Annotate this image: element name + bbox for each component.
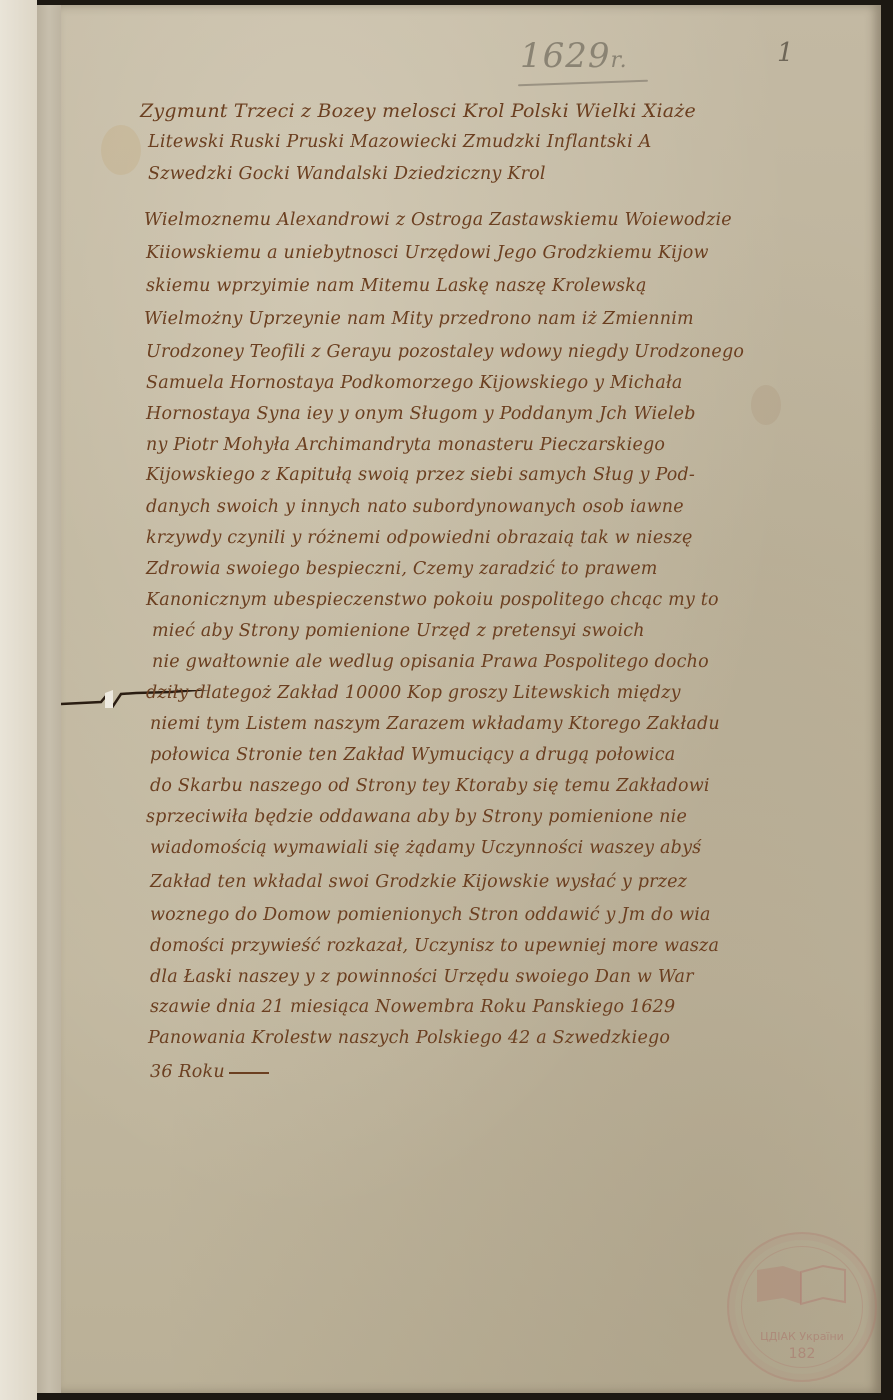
text-line: mieć aby Strony pomienione Urzęd z prete… xyxy=(152,621,645,641)
scanner-margin xyxy=(0,0,37,1400)
text-line: Zdrowia swoiego bespieczni, Czemy zaradz… xyxy=(146,559,658,579)
text-line: Szwedzki Gocki Wandalski Dziedziczny Kro… xyxy=(148,164,546,184)
text-line: Panowania Krolestw naszych Polskiego 42 … xyxy=(148,1028,670,1048)
text-line: Urodzoney Teofili z Gerayu pozostaley wd… xyxy=(146,342,744,362)
text-line: sprzeciwiła będzie oddawana aby by Stron… xyxy=(146,807,687,827)
text-line: Kanonicznym ubespieczenstwo pokoiu pospo… xyxy=(146,590,719,610)
text-line: Kiiowskiemu a uniebytnosci Urzędowi Jego… xyxy=(146,243,709,263)
text-line: domości przywieść rozkazał, Uczynisz to … xyxy=(150,936,719,956)
text-line: danych swoich y innych nato subordynowan… xyxy=(146,497,684,517)
text-line: krzywdy czynili y różnemi odpowiedni obr… xyxy=(146,528,693,548)
text-line: dziły dlategoż Zakład 10000 Kop groszy L… xyxy=(146,683,681,703)
text-line: wiadomością wymawiali się żądamy Uczynno… xyxy=(150,838,701,858)
text-line: niemi tym Listem naszym Zarazem wkładamy… xyxy=(150,714,720,734)
archive-number-suffix: r. xyxy=(611,48,628,73)
text-line-final: 36 Roku xyxy=(150,1062,269,1082)
text-line: Zygmunt Trzeci z Bozey melosci Krol Pols… xyxy=(140,100,696,122)
folio-number: 1 xyxy=(777,38,794,68)
text-line: Hornostaya Syna iey y onym Sługom y Podd… xyxy=(146,404,696,424)
closing-flourish xyxy=(229,1072,269,1074)
text-line: dla Łaski naszey y z powinności Urzędu s… xyxy=(150,967,694,987)
paper-stain xyxy=(751,385,781,425)
text-line: ny Piotr Mohyła Archimandryta monasteru … xyxy=(146,435,665,455)
page-binding-strip xyxy=(37,5,61,1393)
scan-border-top xyxy=(37,0,893,5)
text-line: nie gwałtownie ale wedlug opisania Prawa… xyxy=(152,652,709,672)
text-line: Zakład ten wkładal swoi Grodzkie Kijowsk… xyxy=(150,872,687,892)
text-line: Wielmożny Uprzeynie nam Mity przedrono n… xyxy=(144,309,694,329)
archive-pencil-number: 1629r. xyxy=(520,36,628,76)
text-line: skiemu wprzyimie nam Mitemu Laskę naszę … xyxy=(146,276,647,296)
book-icon xyxy=(753,1264,849,1306)
archive-number: 1629 xyxy=(520,36,611,76)
stamp-label: ЦДІАК України xyxy=(729,1330,875,1343)
text-line: Litewski Ruski Pruski Mazowiecki Zmudzki… xyxy=(148,132,651,152)
scan-border-bottom xyxy=(37,1393,893,1400)
text-line: woznego do Domow pomienionych Stron odda… xyxy=(150,905,711,925)
text-line: Samuela Hornostaya Podkomorzego Kijowski… xyxy=(146,373,682,393)
text-line: do Skarbu naszego od Strony tey Ktoraby … xyxy=(150,776,710,796)
scan-border-right xyxy=(881,0,893,1400)
closing-text: 36 Roku xyxy=(150,1062,225,1082)
text-line: Wielmoznemu Alexandrowi z Ostroga Zastaw… xyxy=(144,210,732,230)
text-line: Kijowskiego z Kapitułą swoią przez siebi… xyxy=(146,465,695,485)
stamp-number: 182 xyxy=(729,1346,875,1362)
archive-stamp: ЦДІАК України 182 xyxy=(727,1232,877,1382)
text-line: połowica Stronie ten Zakład Wymuciący a … xyxy=(150,745,675,765)
paper-stain xyxy=(101,125,141,175)
text-line: szawie dnia 21 miesiąca Nowembra Roku Pa… xyxy=(150,997,675,1017)
document-scan: 1629r. 1 Zygmunt Trzeci z Bozey melosci … xyxy=(0,0,893,1400)
